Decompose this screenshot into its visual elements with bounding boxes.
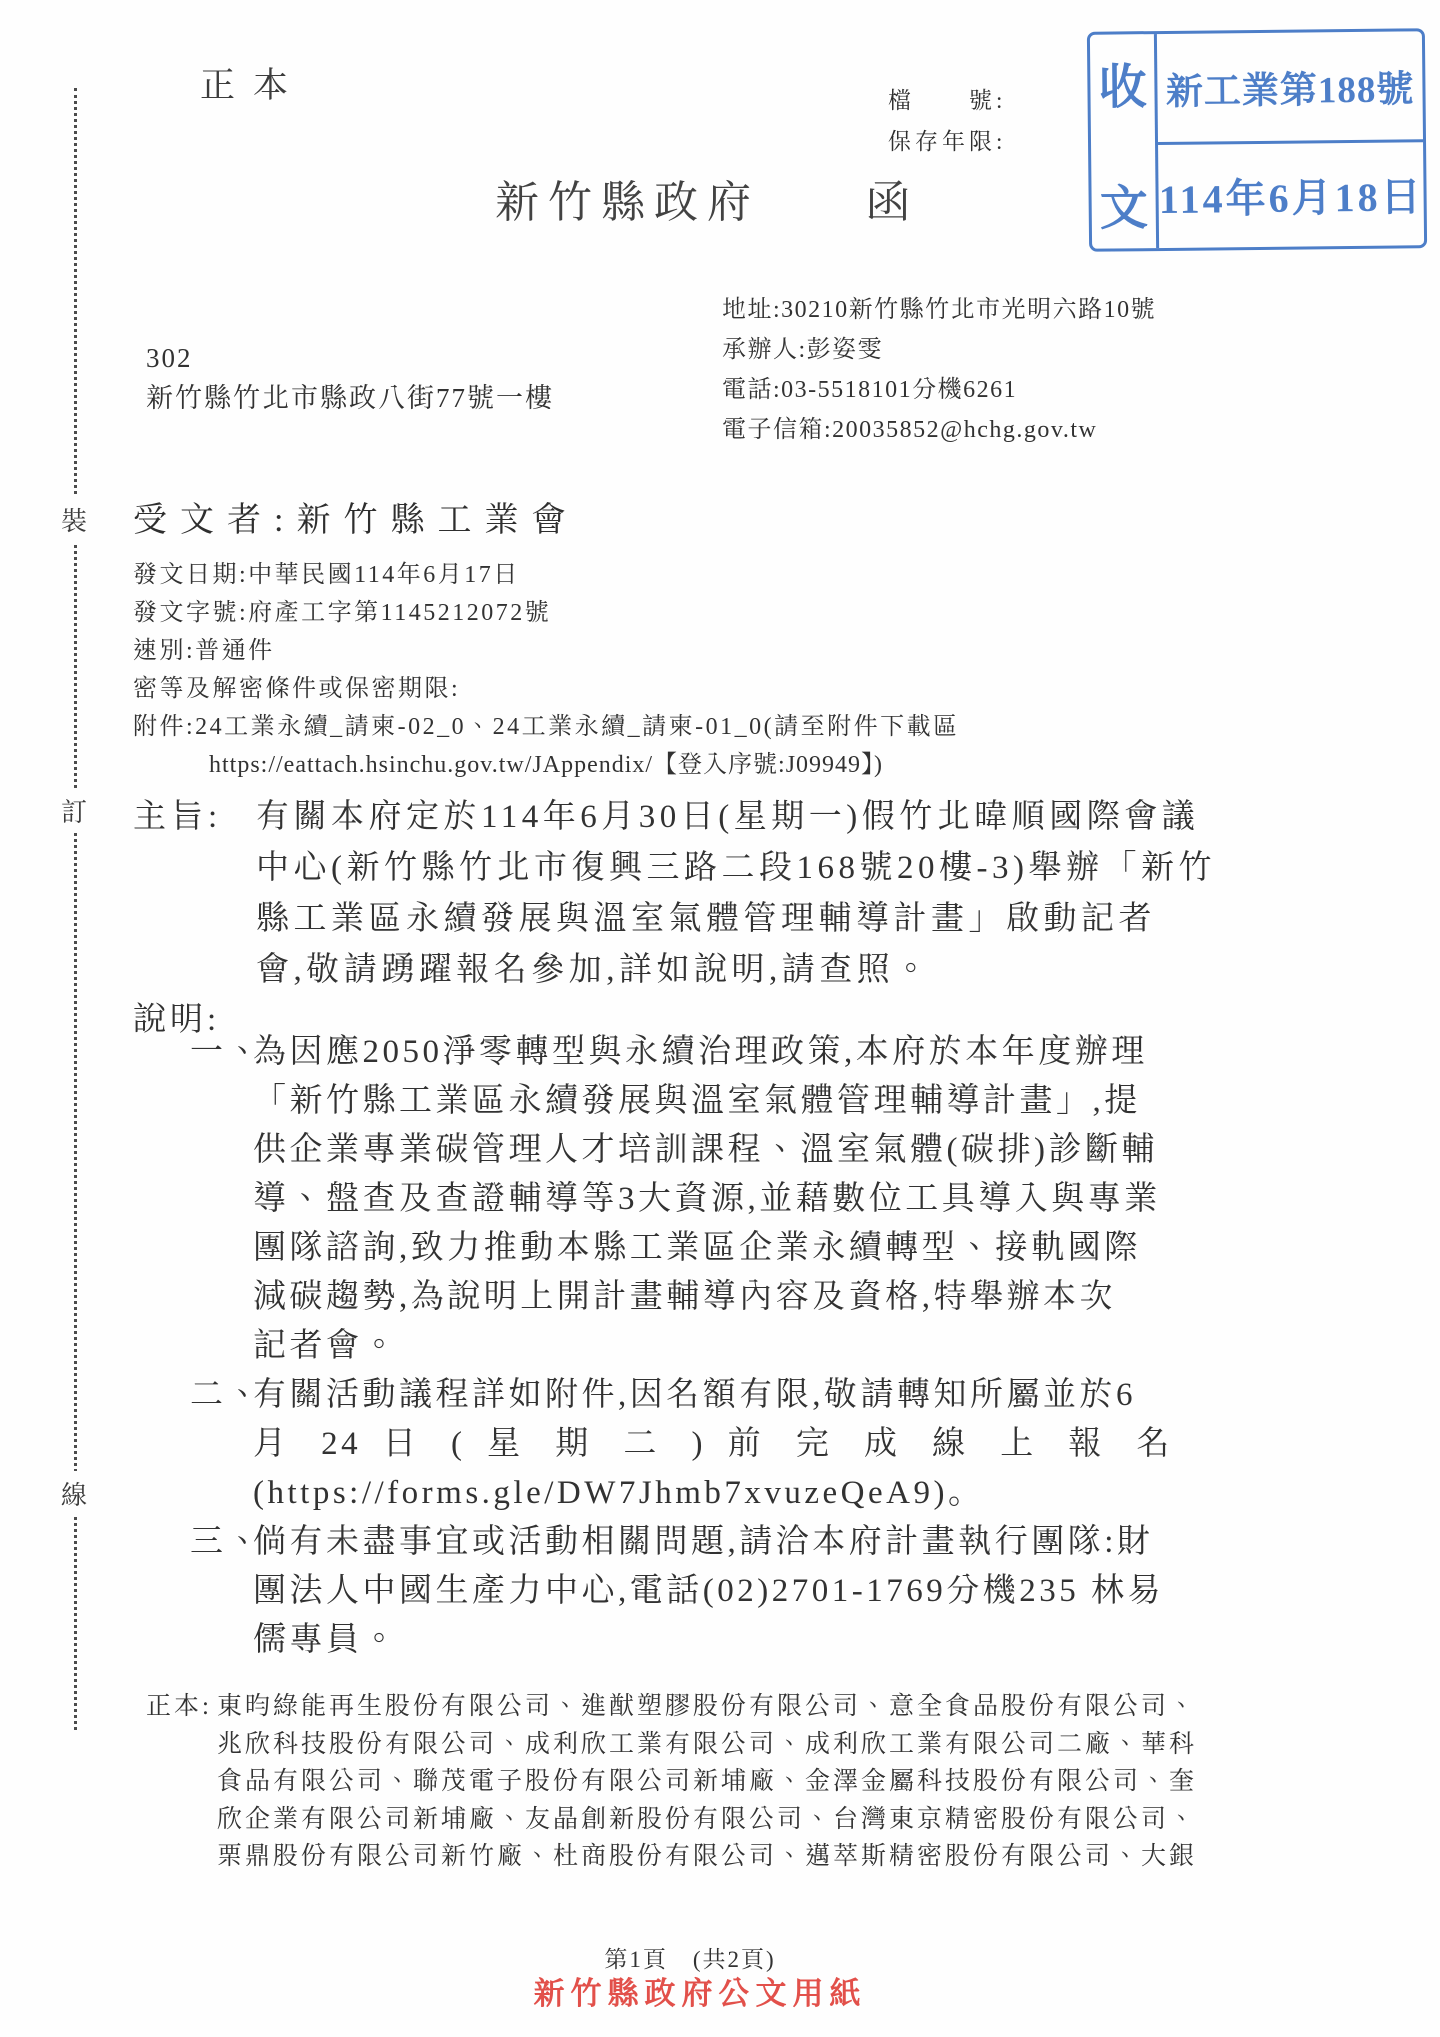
cc-line: 栗鼎股份有限公司新竹廠、杜商股份有限公司、邁萃斯精密股份有限公司、大銀 xyxy=(217,1838,1287,1876)
item-line: 記者會。 xyxy=(253,1322,1263,1371)
subject-line: 中心(新竹縣竹北市復興三路二段168號20樓-3)舉辦「新竹 xyxy=(256,843,1266,894)
doc-number-line: 發文字號:府產工字第1145212072號 xyxy=(133,594,960,632)
sender-address: 地址:30210新竹縣竹北市光明六路10號 xyxy=(722,290,1156,330)
speed-line: 速別:普通件 xyxy=(133,632,960,670)
subject-line: 會,敬請踴躍報名參加,詳如說明,請查照。 xyxy=(256,945,1266,996)
item-line: 倘有未盡事宜或活動相關問題,請洽本府計畫執行團隊:財 xyxy=(253,1518,1263,1567)
stamp-doc-number: 新工業第188號 xyxy=(1157,31,1423,145)
item-line: 導、盤查及查證輔導等3大資源,並藉數位工具導入與專業 xyxy=(253,1175,1263,1224)
item-body: 為因應2050淨零轉型與永續治理政策,本府於本年度辦理 「新竹縣工業區永續發展與… xyxy=(253,1028,1263,1371)
attachment-url-line: https://eattach.hsinchu.gov.tw/JAppendix… xyxy=(133,746,960,784)
description-item-3: 三、 倘有未盡事宜或活動相關問題,請洽本府計畫執行團隊:財 團法人中國生產力中心… xyxy=(190,1518,1263,1665)
recipient-zip: 302 xyxy=(146,338,554,378)
stamp-char-shou: 收 xyxy=(1098,48,1147,117)
attachment-line: 附件:24工業永續_請柬-02_0、24工業永續_請柬-01_0(請至附件下載區 xyxy=(133,708,960,746)
item-body: 倘有未盡事宜或活動相關問題,請洽本府計畫執行團隊:財 團法人中國生產力中心,電話… xyxy=(253,1518,1263,1665)
binding-mark-xian: 線 xyxy=(60,1471,88,1516)
item-line: 團法人中國生產力中心,電話(02)2701-1769分機235 林易 xyxy=(253,1567,1263,1616)
binding-mark-ding: 訂 xyxy=(60,788,88,833)
subject-section: 主旨: 有關本府定於114年6月30日(星期一)假竹北暐順國際會議 中心(新竹縣… xyxy=(133,792,1266,996)
description-item-2: 二、 有關活動議程詳如附件,因名額有限,敬請轉知所屬並於6 月 24 日 ( 星… xyxy=(190,1371,1263,1518)
item-body: 有關活動議程詳如附件,因名額有限,敬請轉知所屬並於6 月 24 日 ( 星 期 … xyxy=(253,1371,1263,1518)
subject-body: 有關本府定於114年6月30日(星期一)假竹北暐順國際會議 中心(新竹縣竹北市復… xyxy=(256,792,1266,996)
recipient-line: 受文者:新竹縣工業會 xyxy=(133,492,578,541)
cc-section: 正本: 東昀綠能再生股份有限公司、進猷塑膠股份有限公司、意全食品股份有限公司、 … xyxy=(146,1688,1287,1876)
send-date-line: 發文日期:中華民國114年6月17日 xyxy=(133,556,960,594)
cc-line: 欣企業有限公司新埔廠、友晶創新股份有限公司、台灣東京精密股份有限公司、 xyxy=(217,1801,1287,1839)
description-items: 一、 為因應2050淨零轉型與永續治理政策,本府於本年度辦理 「新竹縣工業區永續… xyxy=(190,1028,1263,1665)
item-marker: 三、 xyxy=(190,1518,253,1567)
subject-label: 主旨: xyxy=(133,792,256,843)
security-line: 密等及解密條件或保密期限: xyxy=(133,670,960,708)
item-line: 供企業專業碳管理人才培訓課程、溫室氣體(碳排)診斷輔 xyxy=(253,1126,1263,1175)
binding-mark-zhuang: 裝 xyxy=(60,497,88,542)
item-line: 儒專員。 xyxy=(253,1616,1263,1665)
official-document-page: 裝 訂 線 正本 檔 號: 保存年限: 收 文 新工業第188號 114年6月1… xyxy=(0,0,1440,2037)
item-line: 團隊諮詢,致力推動本縣工業區企業永續轉型、接軌國際 xyxy=(253,1224,1263,1273)
document-title: 新竹縣政府 函 xyxy=(0,166,1414,230)
recipient-postal-block: 302 新竹縣竹北市縣政八街77號一樓 xyxy=(146,338,554,418)
file-number-label: 檔 號: xyxy=(888,80,1006,121)
item-line: 有關活動議程詳如附件,因名額有限,敬請轉知所屬並於6 xyxy=(253,1371,1263,1420)
sender-email: 電子信箱:20035852@hchg.gov.tw xyxy=(722,410,1156,450)
item-line: 減碳趨勢,為說明上開計畫輔導內容及資格,特舉辦本次 xyxy=(253,1273,1263,1322)
cc-line: 東昀綠能再生股份有限公司、進猷塑膠股份有限公司、意全食品股份有限公司、 xyxy=(217,1688,1287,1726)
description-item-1: 一、 為因應2050淨零轉型與永續治理政策,本府於本年度辦理 「新竹縣工業區永續… xyxy=(190,1028,1263,1371)
file-labels: 檔 號: 保存年限: xyxy=(888,80,1006,162)
item-line: 「新竹縣工業區永續發展與溫室氣體管理輔導計畫」,提 xyxy=(253,1077,1263,1126)
item-line: 為因應2050淨零轉型與永續治理政策,本府於本年度辦理 xyxy=(253,1028,1263,1077)
cc-line: 食品有限公司、聯茂電子股份有限公司新埔廠、金澤金屬科技股份有限公司、奎 xyxy=(217,1763,1287,1801)
official-paper-label: 新竹縣政府公文用紙 xyxy=(0,1968,1400,2013)
recipient-street-address: 新竹縣竹北市縣政八街77號一樓 xyxy=(146,378,554,418)
subject-line: 縣工業區永續發展與溫室氣體管理輔導計畫」啟動記者 xyxy=(256,894,1266,945)
cc-line: 兆欣科技股份有限公司、成利欣工業有限公司、成利欣工業有限公司二廠、華科 xyxy=(217,1726,1287,1764)
cc-label: 正本: xyxy=(146,1688,217,1726)
sender-phone: 電話:03-5518101分機6261 xyxy=(722,370,1156,410)
item-marker: 一、 xyxy=(190,1028,253,1077)
retention-label: 保存年限: xyxy=(888,121,1006,162)
item-line-signup-url: (https://forms.gle/DW7Jhmb7xvuzeQeA9)。 xyxy=(253,1469,1263,1518)
subject-line: 有關本府定於114年6月30日(星期一)假竹北暐順國際會議 xyxy=(256,792,1266,843)
sender-contact-block: 地址:30210新竹縣竹北市光明六路10號 承辦人:彭姿雯 電話:03-5518… xyxy=(722,290,1156,450)
copy-type-label: 正本 xyxy=(200,58,306,108)
item-marker: 二、 xyxy=(190,1371,253,1420)
meta-block: 發文日期:中華民國114年6月17日 發文字號:府產工字第1145212072號… xyxy=(133,556,960,784)
item-line-justified: 月 24 日 ( 星 期 二 ) 前 完 成 線 上 報 名 xyxy=(253,1420,1173,1469)
sender-contact-person: 承辦人:彭姿雯 xyxy=(722,330,1156,370)
cc-body: 東昀綠能再生股份有限公司、進猷塑膠股份有限公司、意全食品股份有限公司、 兆欣科技… xyxy=(217,1688,1287,1876)
